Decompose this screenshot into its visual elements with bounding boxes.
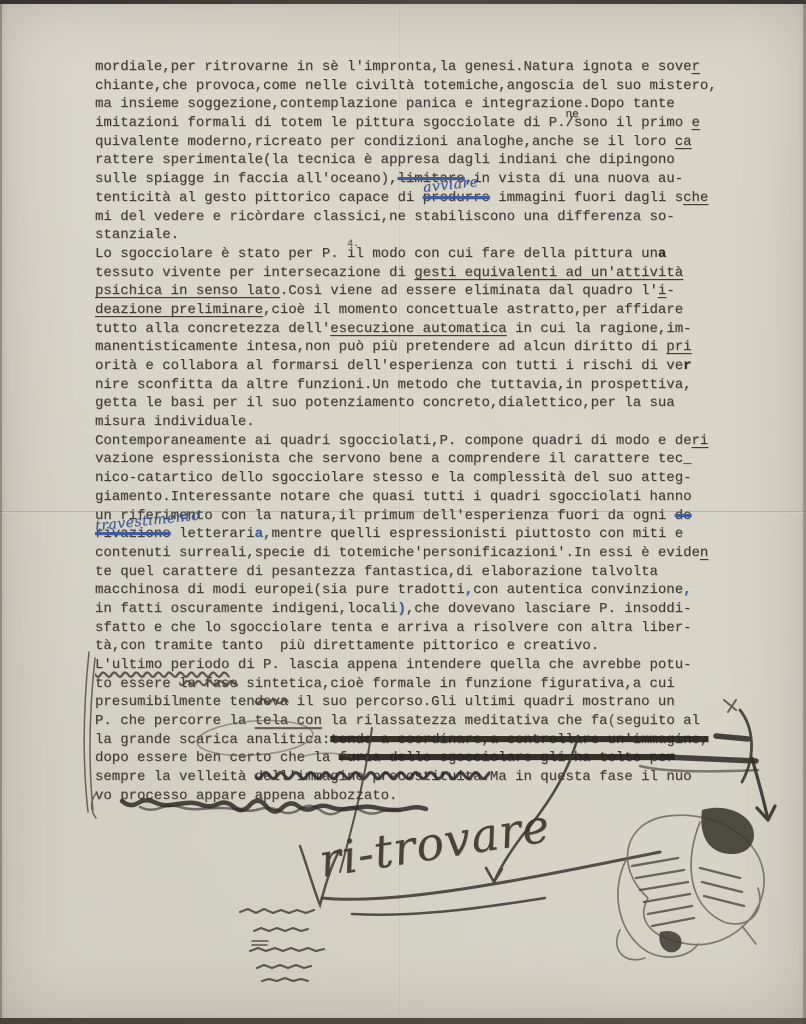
pencil-circle [196, 717, 352, 759]
signature-flourish [322, 852, 660, 915]
page-edge-bottom [0, 1018, 806, 1024]
wavy-strike-scribble [122, 800, 426, 814]
down-arrow [752, 758, 775, 820]
page-edge-top [0, 0, 806, 4]
curved-down-arrow [486, 736, 578, 882]
manuscript-page: mordiale,per ritrovarne in sè l'impronta… [0, 0, 806, 1024]
pencil-annotations [0, 0, 806, 1024]
check-mark [300, 846, 340, 905]
pencil-tick [724, 700, 736, 712]
pencil-doodle [617, 808, 764, 960]
small-scribbles [240, 909, 324, 981]
page-edge-left [0, 0, 2, 1024]
vertical-pencil-line [340, 728, 372, 872]
margin-line [84, 652, 97, 818]
heavy-strike-extension [640, 736, 758, 771]
